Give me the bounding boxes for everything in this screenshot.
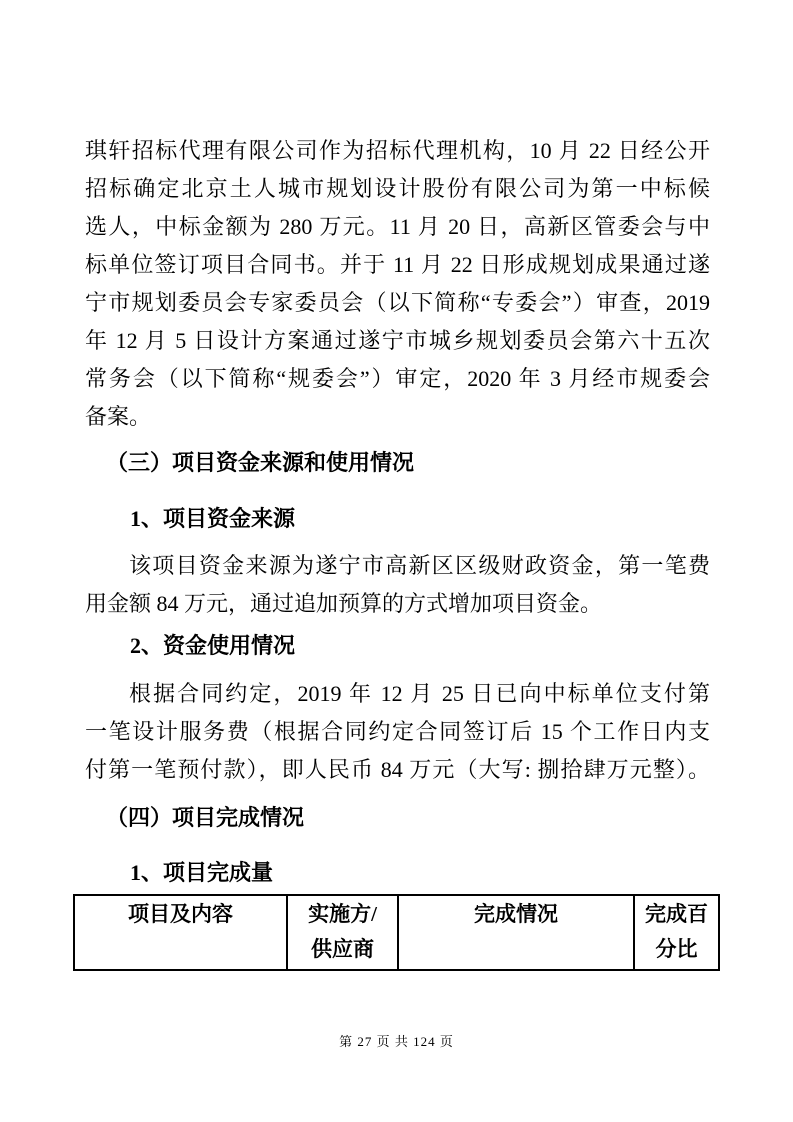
column-header-completion-status: 完成情况 bbox=[398, 895, 634, 970]
document-page: 琪轩招标代理有限公司作为招标代理机构，10 月 22 日经公开 招标确定北京土人… bbox=[0, 0, 793, 1122]
header-text: 项目及内容 bbox=[77, 897, 284, 932]
column-header-project-content: 项目及内容 bbox=[74, 895, 287, 970]
header-text: 实施方/ bbox=[290, 897, 395, 932]
text-line: 该项目资金来源为遂宁市高新区区级财政资金，第一笔费 bbox=[85, 547, 710, 585]
section4-heading: （四）项目完成情况 bbox=[85, 799, 731, 837]
text-line: 用金额 84 万元，通过追加预算的方式增加项目资金。 bbox=[85, 585, 710, 623]
completion-table: 项目及内容 实施方/ 供应商 完成情况 完成百 分比 bbox=[73, 894, 720, 971]
text-line: 标单位签订项目合同书。并于 11 月 22 日形成规划成果通过遂 bbox=[85, 246, 710, 284]
header-text: 分比 bbox=[637, 932, 716, 967]
text-line: 选人，中标金额为 280 万元。11 月 20 日，高新区管委会与中 bbox=[85, 208, 710, 246]
paragraph-bidding-history: 琪轩招标代理有限公司作为招标代理机构，10 月 22 日经公开 招标确定北京土人… bbox=[85, 132, 710, 436]
paragraph-fund-usage: 根据合同约定，2019 年 12 月 25 日已向中标单位支付第 一笔设计服务费… bbox=[85, 675, 710, 789]
text-line: 付第一笔预付款），即人民币 84 万元（大写: 捌拾肆万元整）。 bbox=[85, 751, 710, 789]
text-line: 宁市规划委员会专家委员会（以下简称“专委会”）审查，2019 bbox=[85, 284, 710, 322]
section3-sub1-heading: 1、项目资金来源 bbox=[85, 500, 755, 538]
table-header-row: 项目及内容 实施方/ 供应商 完成情况 完成百 分比 bbox=[74, 895, 719, 970]
column-header-completion-percentage: 完成百 分比 bbox=[634, 895, 719, 970]
section4-sub1-heading: 1、项目完成量 bbox=[85, 854, 755, 892]
text-line: 备案。 bbox=[85, 398, 710, 436]
header-text: 供应商 bbox=[290, 932, 395, 967]
text-line: 招标确定北京土人城市规划设计股份有限公司为第一中标候 bbox=[85, 170, 710, 208]
text-line: 常务会（以下简称“规委会”）审定，2020 年 3 月经市规委会 bbox=[85, 360, 710, 398]
header-text: 完成百 bbox=[637, 897, 716, 932]
column-header-implementer-supplier: 实施方/ 供应商 bbox=[287, 895, 398, 970]
text-line: 琪轩招标代理有限公司作为招标代理机构，10 月 22 日经公开 bbox=[85, 132, 710, 170]
text-line: 一笔设计服务费（根据合同约定合同签订后 15 个工作日内支 bbox=[85, 713, 710, 751]
paragraph-funding-source: 该项目资金来源为遂宁市高新区区级财政资金，第一笔费 用金额 84 万元，通过追加… bbox=[85, 547, 710, 623]
section3-sub2-heading: 2、资金使用情况 bbox=[85, 627, 755, 665]
text-line: 年 12 月 5 日设计方案通过遂宁市城乡规划委员会第六十五次 bbox=[85, 322, 710, 360]
section3-heading: （三）项目资金来源和使用情况 bbox=[85, 444, 731, 482]
text-line: 根据合同约定，2019 年 12 月 25 日已向中标单位支付第 bbox=[85, 675, 710, 713]
header-text: 完成情况 bbox=[401, 897, 631, 932]
page-number-footer: 第 27 页 共 124 页 bbox=[0, 1032, 793, 1052]
